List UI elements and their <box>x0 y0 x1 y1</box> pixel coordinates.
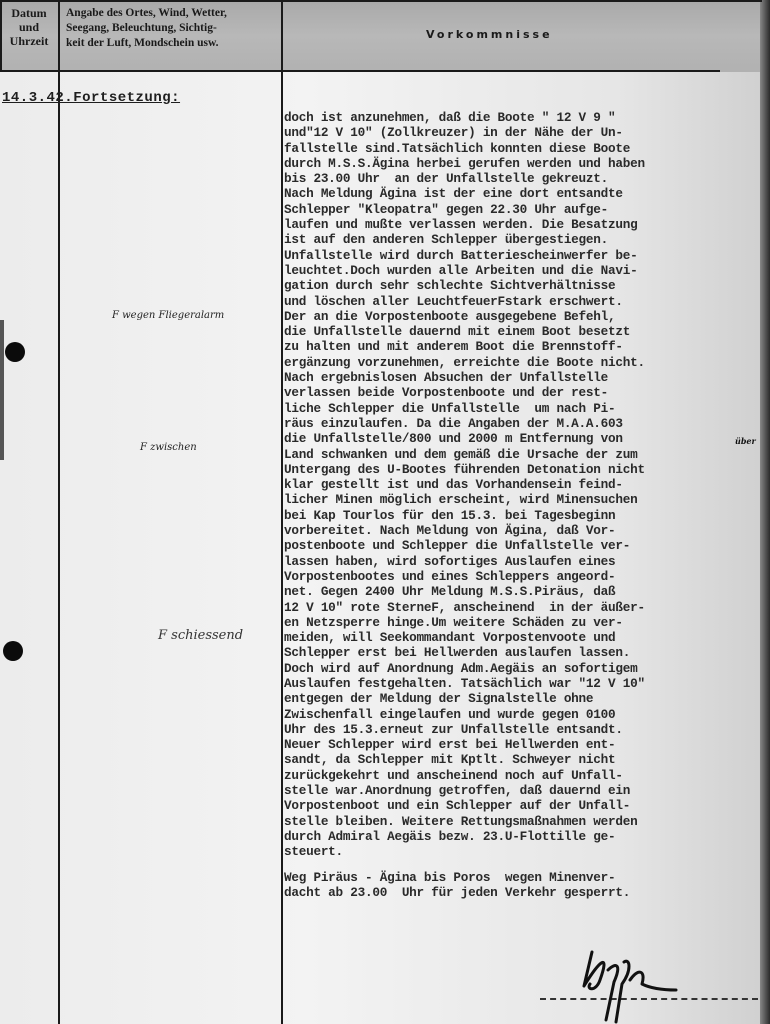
text-line: stelle bleiben. Weitere Rettungsmaßnahme… <box>284 814 764 829</box>
margin-note: F wegen Fliegeralarm <box>112 310 224 321</box>
header-vorkommnisse: Vorkommnisse <box>284 28 754 42</box>
column-divider-2 <box>281 0 283 1024</box>
header-datum-line: und <box>0 20 58 34</box>
text-line: licher Minen möglich erscheint, wird Min… <box>284 492 764 507</box>
header-ort-line: keit der Luft, Mondschein usw. <box>66 36 280 51</box>
text-line: räus einzulaufen. Da die Angaben der M.A… <box>284 416 764 431</box>
header-datum-line: Datum <box>0 6 58 20</box>
text-line: laufen und mußte verlassen werden. Die B… <box>284 217 764 232</box>
date-entry: 14.3.42.Fortsetzung: <box>2 90 180 106</box>
text-line: entgegen der Meldung der Signalstelle oh… <box>284 691 764 706</box>
text-line: klar gestellt ist und das Vorhandensein … <box>284 477 764 492</box>
header-ort: Angabe des Ortes, Wind, Wetter, Seegang,… <box>66 6 280 51</box>
text-line: und löschen aller LeuchtfeuerFstark ersc… <box>284 294 764 309</box>
text-line: sandt, da Schlepper mit Kptlt. Schweyer … <box>284 752 764 767</box>
text-line: Nach ergebnislosen Absuchen der Unfallst… <box>284 370 764 385</box>
text-line: durch Admiral Aegäis bezw. 23.U-Flottill… <box>284 829 764 844</box>
text-line: liche Schlepper die Unfallstelle um nach… <box>284 401 764 416</box>
text-line: meiden, will Seekommandant Vorpostenvoot… <box>284 630 764 645</box>
paragraph-gap <box>284 860 764 870</box>
text-line: durch M.S.S.Ägina herbei gerufen werden … <box>284 156 764 171</box>
text-line: ergänzung vorzunehmen, erreichte die Boo… <box>284 355 764 370</box>
header-top-rule <box>0 0 762 2</box>
text-line: net. Gegen 2400 Uhr Meldung M.S.S.Piräus… <box>284 584 764 599</box>
text-line: Land schwanken und dem gemäß die Ursache… <box>284 447 764 462</box>
signature-icon <box>570 940 690 1024</box>
header-datum: Datum und Uhrzeit <box>0 6 58 48</box>
header-datum-line: Uhrzeit <box>0 34 58 48</box>
text-line: Nach Meldung Ägina ist der eine dort ent… <box>284 186 764 201</box>
header-ort-line: Seegang, Beleuchtung, Sichtig- <box>66 21 280 36</box>
text-line: und"12 V 10" (Zollkreuzer) in der Nähe d… <box>284 125 764 140</box>
text-line: bei Kap Tourlos für den 15.3. bei Tagesb… <box>284 508 764 523</box>
text-line: Doch wird auf Anordnung Adm.Aegäis an so… <box>284 661 764 676</box>
text-line: doch ist anzunehmen, daß die Boote " 12 … <box>284 110 764 125</box>
text-line: verlassen beide Vorpostenboote und der r… <box>284 385 764 400</box>
text-line: postenboote und Schlepper die Unfallstel… <box>284 538 764 553</box>
header-ort-line: Angabe des Ortes, Wind, Wetter, <box>66 6 280 21</box>
text-line: gation durch sehr schlechte Sichtverhält… <box>284 278 764 293</box>
text-line: Uhr des 15.3.erneut zur Unfallstelle ent… <box>284 722 764 737</box>
text-line: Vorpostenboot und ein Schlepper auf der … <box>284 798 764 813</box>
closing-line: dacht ab 23.00 Uhr für jeden Verkehr ges… <box>284 885 764 900</box>
body-text: doch ist anzunehmen, daß die Boote " 12 … <box>284 110 764 900</box>
text-line: Neuer Schlepper wird erst bei Hellwerden… <box>284 737 764 752</box>
text-line: zurückgekehrt und anscheinend noch auf U… <box>284 768 764 783</box>
text-line: die Unfallstelle/800 und 2000 m Entfernu… <box>284 431 764 446</box>
text-line: en Netzsperre hinge.Um weitere Schäden z… <box>284 615 764 630</box>
text-line: steuert. <box>284 844 764 859</box>
text-line: leuchtet.Doch wurden alle Arbeiten und d… <box>284 263 764 278</box>
binding-strip <box>0 320 4 460</box>
text-line: Untergang des U-Bootes führenden Detonat… <box>284 462 764 477</box>
text-line: Auslaufen festgehalten. Tatsächlich war … <box>284 676 764 691</box>
column-divider-1 <box>58 0 60 1024</box>
text-line: Unfallstelle wird durch Batteriescheinwe… <box>284 248 764 263</box>
text-line: ist auf den anderen Schlepper übergestie… <box>284 232 764 247</box>
text-line: vorbereitet. Nach Meldung von Ägina, daß… <box>284 523 764 538</box>
text-line: Zwischenfall eingelaufen und wurde gegen… <box>284 707 764 722</box>
margin-note: F schiessend <box>158 628 243 643</box>
text-line: Vorpostenbootes und eines Schleppers ang… <box>284 569 764 584</box>
text-line: zu halten und mit anderem Boot die Brenn… <box>284 339 764 354</box>
punch-hole <box>5 342 25 362</box>
text-line: fallstelle sind.Tatsächlich konnten dies… <box>284 141 764 156</box>
text-line: Schlepper erst bei Hellwerden auslaufen … <box>284 645 764 660</box>
text-line: stelle war.Anordnung getroffen, daß daue… <box>284 783 764 798</box>
text-line: Der an die Vorpostenboote ausgegebene Be… <box>284 309 764 324</box>
text-line: die Unfallstelle dauernd mit einem Boot … <box>284 324 764 339</box>
text-line: 12 V 10" rote SterneF, anscheinend in de… <box>284 600 764 615</box>
closing-line: Weg Piräus - Ägina bis Poros wegen Minen… <box>284 870 764 885</box>
header-bottom-rule <box>0 70 720 72</box>
punch-hole <box>3 641 23 661</box>
text-line: bis 23.00 Uhr an der Unfallstelle gekreu… <box>284 171 764 186</box>
margin-note: F zwischen <box>140 442 197 453</box>
document-page: Datum und Uhrzeit Angabe des Ortes, Wind… <box>0 0 770 1024</box>
text-line: Schlepper "Kleopatra" gegen 22.30 Uhr au… <box>284 202 764 217</box>
text-line: lassen haben, wird sofortiges Auslaufen … <box>284 554 764 569</box>
